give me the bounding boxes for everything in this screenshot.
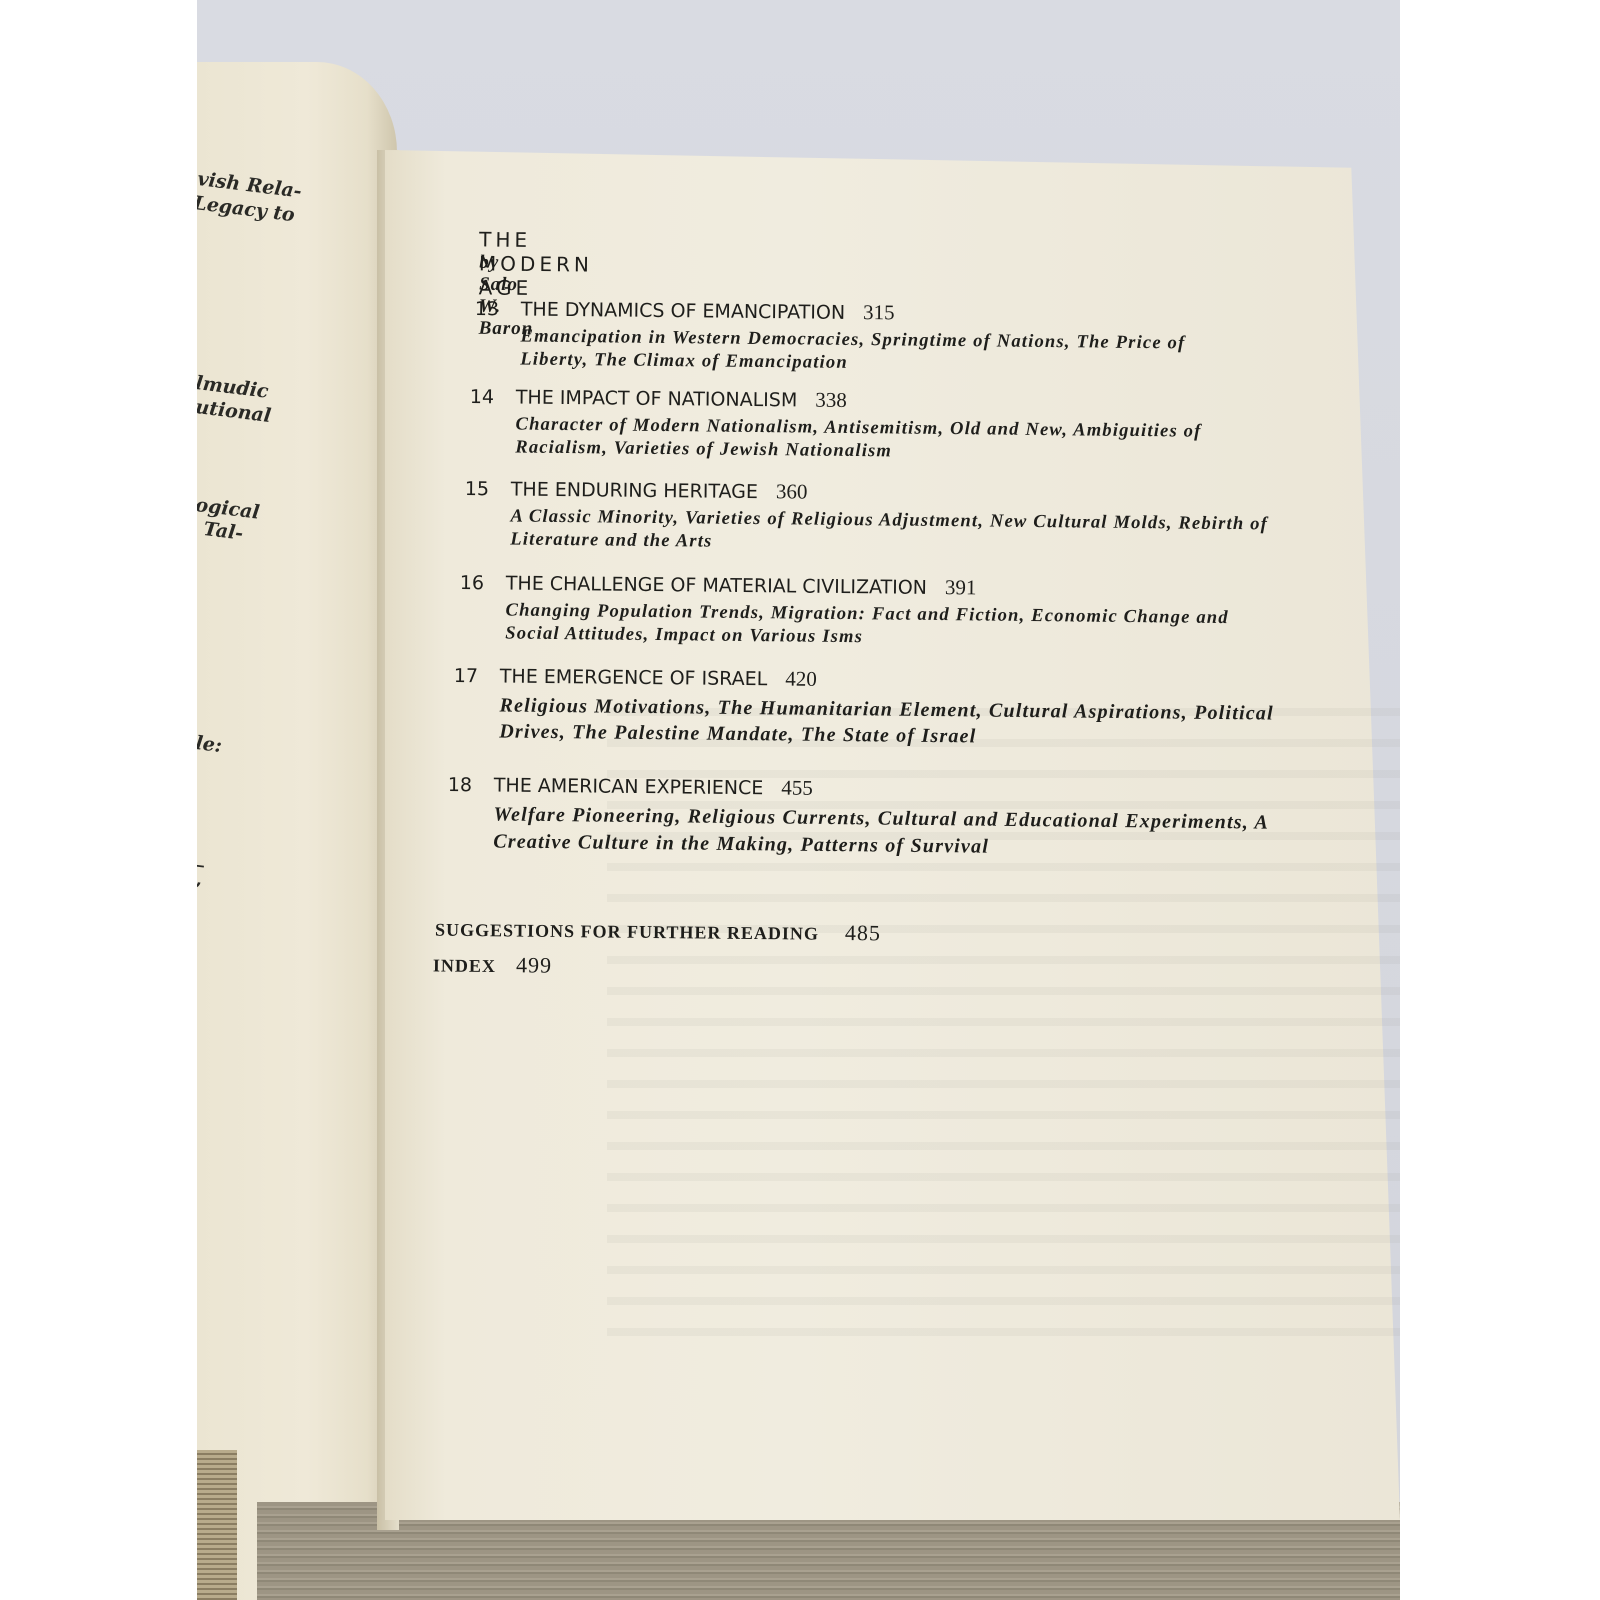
chapter-description: Character of Modern Nationalism, Antisem…	[515, 413, 1255, 467]
chapter-title: THE DYNAMICS OF EMANCIPATION	[521, 298, 845, 323]
left-page-edge	[197, 1450, 237, 1600]
chapter-number: 15	[465, 478, 511, 500]
back-matter-page: 485	[845, 920, 881, 945]
back-matter-index: INDEX499	[433, 951, 552, 978]
chapter-description: A Classic Minority, Varieties of Religio…	[510, 505, 1270, 559]
chapter-page: 455	[781, 775, 813, 799]
chapter-entry: 13THE DYNAMICS OF EMANCIPATION315 Emanci…	[474, 296, 1241, 379]
chapter-title: THE EMERGENCE OF ISRAEL	[500, 665, 768, 690]
chapter-number: 14	[470, 386, 516, 408]
back-matter-further-reading: SUGGESTIONS FOR FURTHER READING485	[435, 916, 881, 947]
chapter-page: 420	[785, 666, 817, 690]
chapter-page: 338	[815, 388, 847, 412]
chapter-title: THE CHALLENGE OF MATERIAL CIVILIZATION	[506, 572, 927, 598]
chapter-title: THE ENDURING HERITAGE	[511, 478, 758, 503]
chapter-description: Welfare Pioneering, Religious Currents, …	[493, 801, 1304, 863]
chapter-page: 391	[945, 575, 977, 599]
left-page-fragment: le:	[197, 732, 223, 757]
chapter-entry: 16THE CHALLENGE OF MATERIAL CIVILIZATION…	[459, 570, 1286, 654]
chapter-page: 315	[863, 300, 895, 324]
back-matter-label: INDEX	[433, 955, 496, 976]
back-matter-page: 499	[516, 952, 552, 977]
chapter-entry: 17THE EMERGENCE OF ISRAEL420 Religious M…	[453, 663, 1290, 753]
chapter-entry: 15THE ENDURING HERITAGE360 A Classic Min…	[464, 476, 1271, 559]
chapter-number: 17	[454, 665, 500, 687]
chapter-description: Religious Motivations, The Humanitarian …	[499, 692, 1290, 752]
chapter-description: Changing Population Trends, Migration: F…	[505, 599, 1285, 653]
chapter-entry: 18THE AMERICAN EXPERIENCE455 Welfare Pio…	[447, 772, 1304, 864]
chapter-number: 16	[460, 572, 506, 594]
chapter-entry: 14THE IMPACT OF NATIONALISM338 Character…	[469, 384, 1256, 467]
book-photo: vish Rela- Legacy to lmudic utional ogic…	[197, 0, 1400, 1600]
left-page	[197, 62, 397, 1600]
chapter-page: 360	[776, 479, 808, 503]
back-matter-label: SUGGESTIONS FOR FURTHER READING	[435, 920, 819, 944]
chapter-description: Emancipation in Western Democracies, Spr…	[520, 325, 1240, 379]
chapter-title: THE AMERICAN EXPERIENCE	[494, 774, 764, 799]
chapter-number: 13	[475, 298, 521, 320]
chapter-title: THE IMPACT OF NATIONALISM	[516, 386, 798, 411]
chapter-number: 18	[448, 774, 494, 796]
left-page-fragment: Tal-	[202, 518, 244, 545]
